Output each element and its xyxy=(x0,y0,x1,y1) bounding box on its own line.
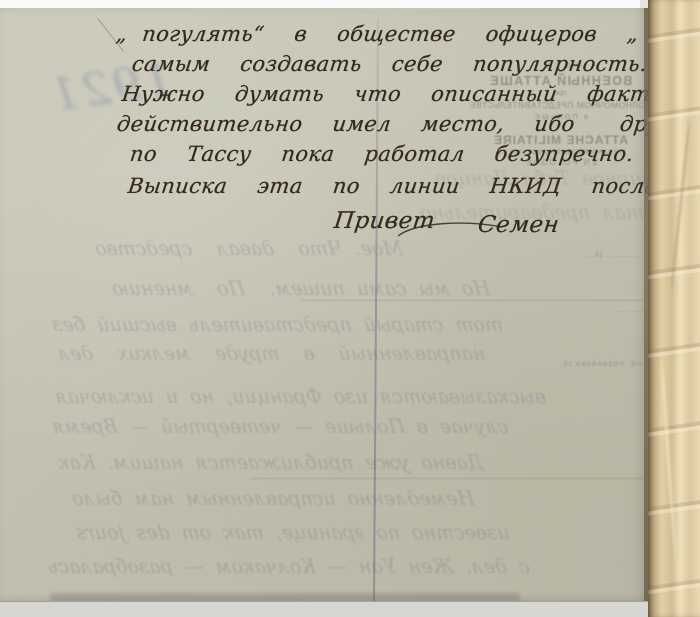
bleedthrough-line: высказываются изо Франции, но и исключая xyxy=(54,386,547,408)
fold-crease xyxy=(670,120,691,289)
bleedthrough-line: Немедленно исправленным нам было xyxy=(71,488,476,510)
handwriting-line: „ погулять“ в обществе офицеров „ и xyxy=(115,22,648,46)
bleedthrough-line: с дел. Жен Уан — Колчаком — разобралась xyxy=(47,556,531,578)
bleedthrough-line: случае в Польше — четвертый — Время xyxy=(51,416,510,438)
signature: Семен xyxy=(476,212,560,238)
bleedthrough-line: известно по границе, так от des jours xyxy=(75,522,511,544)
handwriting-line: Выписка эта по линии НКИД послана xyxy=(127,174,648,198)
handwriting-line: Нужно думать что описанный факт xyxy=(121,82,648,106)
bleedthrough-line: Но мы сами пишем. По мнению xyxy=(111,278,492,300)
scanned-letter-page: 1921 С.С.С.Р. ВОЕННЫЙ АТТАШЕ при ПОЛНОМО… xyxy=(0,0,700,617)
bleedthrough-line: Мое. Что давал средство xyxy=(94,238,404,260)
handwriting-line: действительно имел место, ибо друг пол xyxy=(116,112,648,136)
bleedthrough-line: тот старый представитель высший без xyxy=(51,314,505,336)
vertical-fold-crease xyxy=(373,20,379,603)
scanner-margin-bottom xyxy=(0,601,648,617)
paper-top-notch xyxy=(350,8,480,9)
handwriting-line: самым создавать себе популярность. xyxy=(131,52,648,76)
horizontal-crease xyxy=(250,478,648,479)
fold-crease xyxy=(660,360,677,560)
letter-page: 1921 С.С.С.Р. ВОЕННЫЙ АТТАШЕ при ПОЛНОМО… xyxy=(0,8,648,603)
handwriting-line: по Тассу пока работал безупречно. xyxy=(129,142,636,166)
bleedthrough-line: направленный в труде мелких дел xyxy=(57,343,487,365)
horizontal-crease xyxy=(300,300,648,301)
letterhead-form-bleedthrough: „..........“ .................... 19....… xyxy=(538,211,648,410)
form-date-line: „..........“ .................... 19....… xyxy=(538,247,648,265)
form-number-line: № ........................ xyxy=(538,302,648,320)
form-address-line: VARSOVIE, POZNAŃSKA 15. xyxy=(538,357,648,374)
folded-page-edge xyxy=(648,0,700,617)
bleedthrough-line: Давно уже приближается нашим. Как xyxy=(57,452,485,474)
